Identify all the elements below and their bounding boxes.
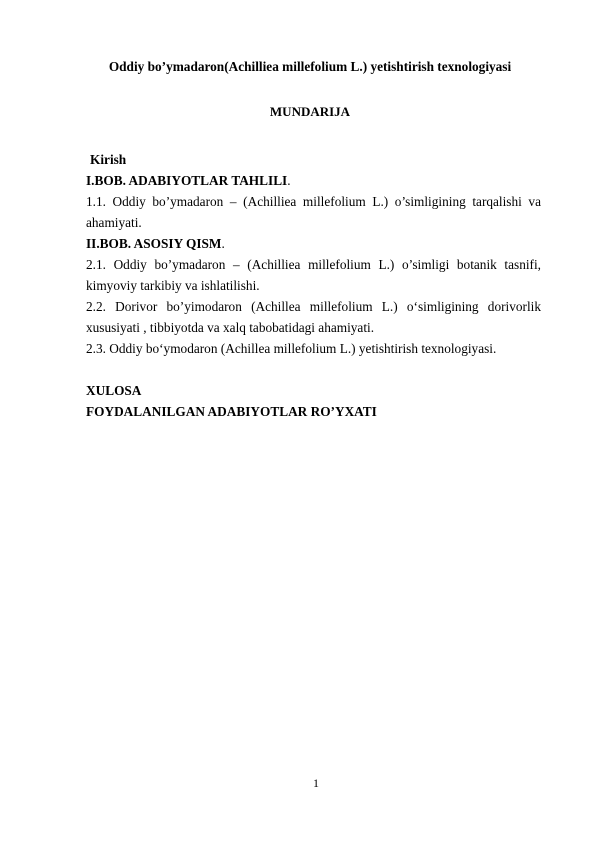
toc-item-references: FOYDALANILGAN ADABIYOTLAR RO’YXATI bbox=[86, 401, 541, 422]
table-of-contents: Kirish I.BOB. ADABIYOTLAR TAHLILI. 1.1. … bbox=[86, 149, 541, 422]
toc-section-2-2-line1: 2.2. Dorivor bo’yimodaron (Achillea mill… bbox=[86, 296, 541, 317]
toc-chapter-2: II.BOB. ASOSIY QISM. bbox=[86, 233, 541, 254]
document-title: Oddiy bo’ymadaron(Achilliea millefolium … bbox=[60, 58, 560, 76]
toc-chapter-1-suffix: . bbox=[287, 173, 290, 188]
toc-chapter-2-label: II.BOB. ASOSIY QISM bbox=[86, 236, 221, 251]
toc-section-2-3: 2.3. Oddiy bo‘ymodaron (Achillea millefo… bbox=[86, 338, 541, 359]
toc-chapter-1: I.BOB. ADABIYOTLAR TAHLILI. bbox=[86, 170, 541, 191]
spacer bbox=[86, 359, 541, 380]
page-number: 1 bbox=[306, 776, 326, 790]
toc-item-conclusion: XULOSA bbox=[86, 380, 541, 401]
toc-section-1-1-line2: ahamiyati. bbox=[86, 212, 541, 233]
toc-heading: MUNDARIJA bbox=[60, 103, 560, 121]
toc-chapter-1-label: I.BOB. ADABIYOTLAR TAHLILI bbox=[86, 173, 287, 188]
toc-item-intro: Kirish bbox=[86, 149, 541, 170]
toc-section-1-1-line1: 1.1. Oddiy bo’ymadaron – (Achilliea mill… bbox=[86, 191, 541, 212]
toc-section-2-1-line1: 2.1. Oddiy bo’ymadaron – (Achilliea mill… bbox=[86, 254, 541, 275]
toc-chapter-2-suffix: . bbox=[221, 236, 224, 251]
document-page: Oddiy bo’ymadaron(Achilliea millefolium … bbox=[0, 0, 596, 842]
toc-section-2-2-line2: xususiyati , tibbiyotda va xalq tabobati… bbox=[86, 317, 541, 338]
toc-section-2-1-line2: kimyoviy tarkibiy va ishlatilishi. bbox=[86, 275, 541, 296]
